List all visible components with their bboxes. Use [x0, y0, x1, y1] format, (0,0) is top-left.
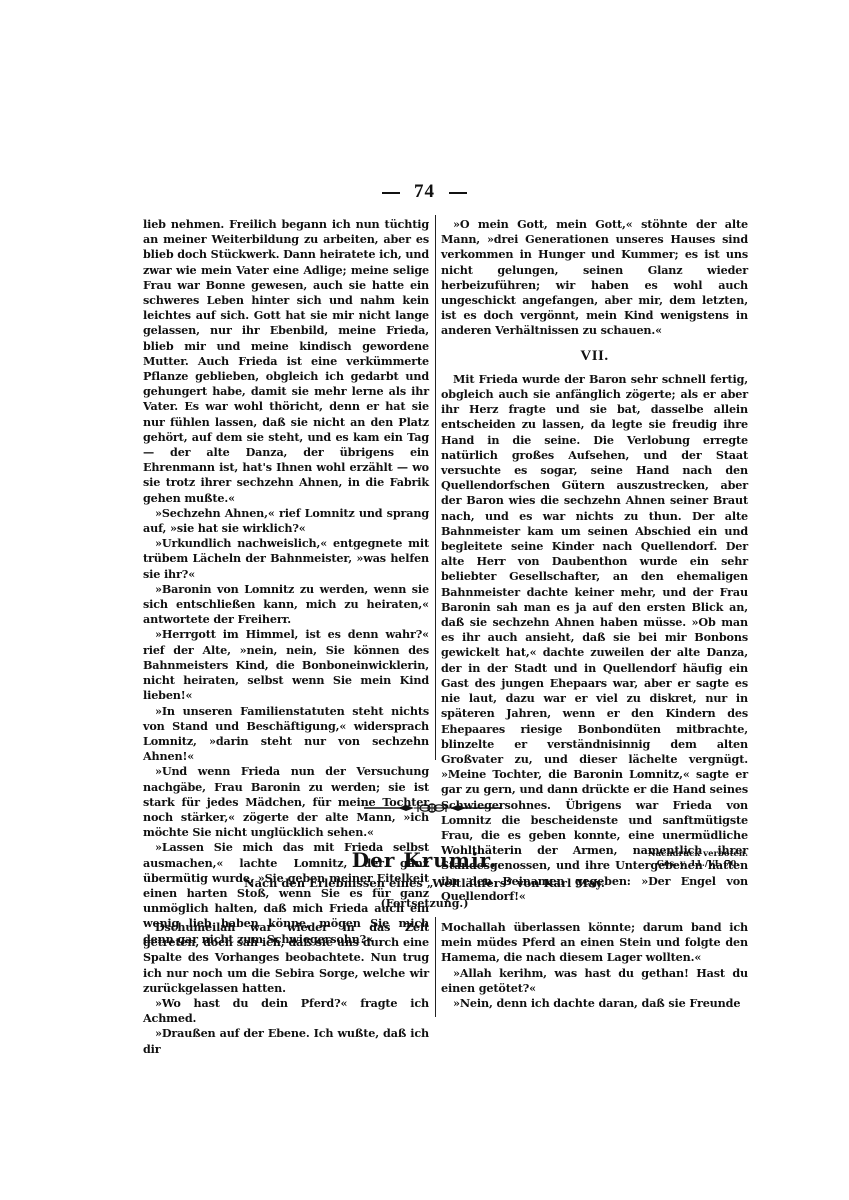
- copyright-line-2: Ges. v. 11./VI. 70.: [643, 859, 753, 869]
- dash-left: [382, 192, 400, 194]
- upper-left-column: lieb nehmen. Freilich begann ich nun tüc…: [143, 217, 429, 947]
- paragraph: »Herrgott im Himmel, ist es denn wahr?« …: [143, 627, 429, 703]
- copyright-notice: Nachdruck verboten. Ges. v. 11./VI. 70.: [643, 849, 753, 869]
- paragraph: »In unseren Familienstatuten steht nicht…: [143, 704, 429, 765]
- column-divider-top: [435, 215, 436, 760]
- paragraph: Mochallah überlassen könnte; darum band …: [441, 920, 748, 966]
- lower-right-column: Mochallah überlassen könnte; darum band …: [441, 920, 748, 1011]
- paragraph: »Allah kerihm, was hast du gethan! Hast …: [441, 966, 748, 996]
- paragraph: »Wo hast du dein Pferd?« fragte ich Achm…: [143, 996, 429, 1026]
- paragraph: »Urkundlich nachweislich,« entgegnete mi…: [143, 536, 429, 582]
- copyright-line-1: Nachdruck verboten.: [643, 849, 753, 859]
- page-number: 74: [414, 181, 435, 202]
- dash-right: [449, 192, 467, 194]
- paragraph: »Baronin von Lomnitz zu werden, wenn sie…: [143, 582, 429, 628]
- paragraph: Dschumeilah war wieder in das Zelt getre…: [143, 920, 429, 996]
- lower-left-column: Dschumeilah war wieder in das Zelt getre…: [143, 920, 429, 1057]
- page-header: 74: [0, 181, 849, 203]
- paragraph: Mit Frieda wurde der Baron sehr schnell …: [441, 372, 748, 904]
- paragraph: »O mein Gott, mein Gott,« stöhnte der al…: [441, 217, 748, 339]
- column-divider-bottom: [435, 917, 436, 1017]
- paragraph: »Nein, denn ich dachte daran, daß sie Fr…: [441, 996, 748, 1011]
- paragraph: lieb nehmen. Freilich begann ich nun tüc…: [143, 217, 429, 506]
- story-byline: Nach den Erlebnissen eines „Weltläufers“…: [0, 876, 849, 890]
- paragraph: »Sechzehn Ahnen,« rief Lomnitz und spran…: [143, 506, 429, 536]
- chapter-heading: VII.: [441, 349, 748, 364]
- continuation-note: (Fortsetzung.): [0, 897, 849, 910]
- paragraph: »Draußen auf der Ebene. Ich wußte, daß i…: [143, 1026, 429, 1056]
- decorative-ornament-rule-icon: [362, 800, 502, 816]
